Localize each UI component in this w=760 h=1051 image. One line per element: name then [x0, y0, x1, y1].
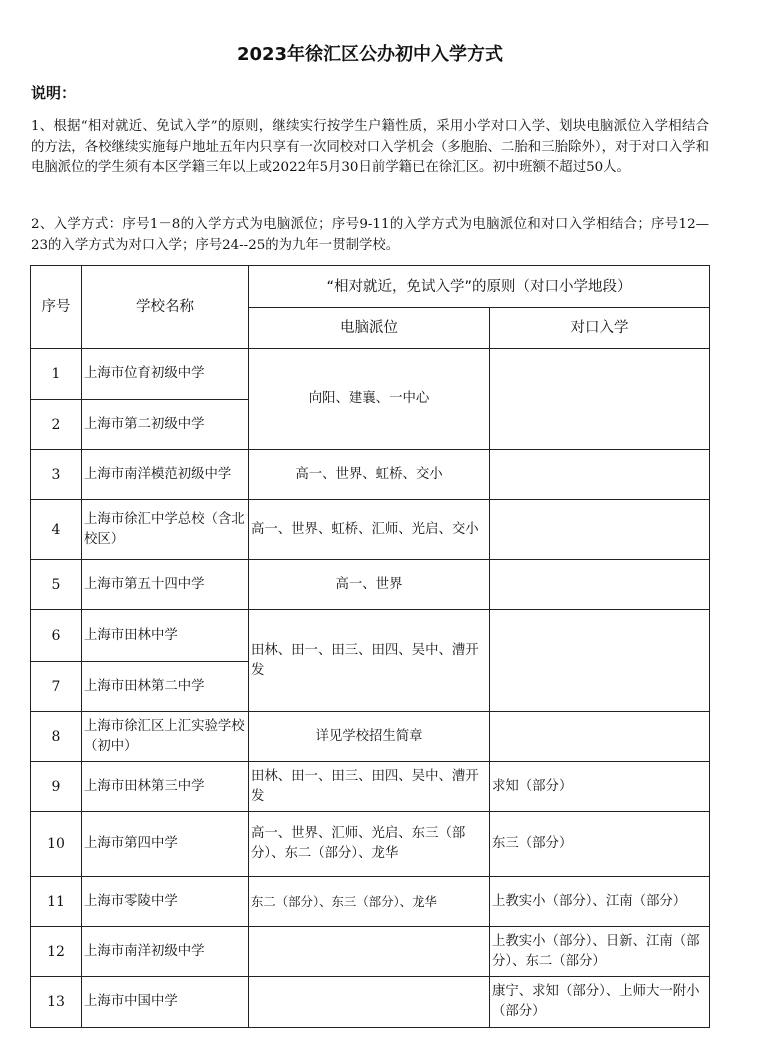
row-number: 2: [31, 400, 82, 450]
direct-enrollment-cell: [490, 610, 710, 712]
row-number: 12: [31, 927, 82, 977]
row-number: 10: [31, 812, 82, 877]
document-title: 2023年徐汇区公办初中入学方式: [0, 43, 740, 67]
computer-allocation-cell: 向阳、建襄、一中心: [249, 349, 490, 450]
school-name: 上海市南洋初级中学: [82, 927, 249, 977]
note-paragraph-2: 2、入学方式：序号1－8的入学方式为电脑派位；序号9-11的入学方式为电脑派位和…: [31, 215, 709, 256]
computer-allocation-cell: 高一、世界、虹桥、交小: [249, 450, 490, 500]
row-number: 6: [31, 610, 82, 662]
school-name: 上海市第二初级中学: [82, 400, 249, 450]
direct-enrollment-cell: 上教实小（部分）、江南（部分）: [490, 877, 710, 927]
school-name: 上海市零陵中学: [82, 877, 249, 927]
direct-enrollment-cell: [490, 500, 710, 560]
table-row: 8 上海市徐汇区上汇实验学校（初中） 详见学校招生简章: [31, 712, 710, 762]
table-row: 3 上海市南洋模范初级中学 高一、世界、虹桥、交小: [31, 450, 710, 500]
computer-allocation-cell: 田林、田一、田三、田四、吴中、漕开发: [249, 610, 490, 712]
header-principle: “相对就近，免试入学”的原则（对口小学地段）: [249, 266, 710, 308]
computer-allocation-cell: 高一、世界、虹桥、汇师、光启、交小: [249, 500, 490, 560]
direct-enrollment-cell: [490, 450, 710, 500]
table-row: 5 上海市第五十四中学 高一、世界: [31, 560, 710, 610]
school-name: 上海市徐汇中学总校（含北校区）: [82, 500, 249, 560]
header-computer-allocation: 电脑派位: [249, 308, 490, 349]
table-header-row: 序号 学校名称 “相对就近，免试入学”的原则（对口小学地段）: [31, 266, 710, 308]
computer-allocation-cell: [249, 977, 490, 1028]
school-name: 上海市田林第三中学: [82, 762, 249, 812]
note-paragraph-1: 1、根据“相对就近、免试入学”的原则，继续实行按学生户籍性质，采用小学对口入学、…: [31, 117, 709, 179]
row-number: 4: [31, 500, 82, 560]
table-row: 11 上海市零陵中学 东二（部分）、东三（部分）、龙华 上教实小（部分）、江南（…: [31, 877, 710, 927]
row-number: 11: [31, 877, 82, 927]
row-number: 9: [31, 762, 82, 812]
table-row: 13 上海市中国中学 康宁、求知（部分）、上师大一附小（部分）: [31, 977, 710, 1028]
table-row: 6 上海市田林中学 田林、田一、田三、田四、吴中、漕开发: [31, 610, 710, 662]
row-number: 13: [31, 977, 82, 1028]
computer-allocation-cell: 东二（部分）、东三（部分）、龙华: [249, 877, 490, 927]
direct-enrollment-cell: [490, 712, 710, 762]
computer-allocation-cell: 高一、世界、汇师、光启、东三（部分）、东二（部分）、龙华: [249, 812, 490, 877]
table-row: 10 上海市第四中学 高一、世界、汇师、光启、东三（部分）、东二（部分）、龙华 …: [31, 812, 710, 877]
table-row: 1 上海市位育初级中学 向阳、建襄、一中心: [31, 349, 710, 400]
direct-enrollment-cell: 上教实小（部分）、日新、江南（部分）、东二（部分）: [490, 927, 710, 977]
direct-enrollment-cell: [490, 560, 710, 610]
direct-enrollment-cell: 求知（部分）: [490, 762, 710, 812]
school-name: 上海市田林第二中学: [82, 662, 249, 712]
table-row: 9 上海市田林第三中学 田林、田一、田三、田四、吴中、漕开发 求知（部分）: [31, 762, 710, 812]
row-number: 8: [31, 712, 82, 762]
header-number: 序号: [31, 266, 82, 349]
row-number: 3: [31, 450, 82, 500]
row-number: 7: [31, 662, 82, 712]
row-number: 5: [31, 560, 82, 610]
computer-allocation-cell: 田林、田一、田三、田四、吴中、漕开发: [249, 762, 490, 812]
school-name: 上海市田林中学: [82, 610, 249, 662]
school-name: 上海市第五十四中学: [82, 560, 249, 610]
notes-heading: 说明：: [31, 83, 76, 103]
school-name: 上海市位育初级中学: [82, 349, 249, 400]
direct-enrollment-cell: [490, 349, 710, 450]
direct-enrollment-cell: 康宁、求知（部分）、上师大一附小（部分）: [490, 977, 710, 1028]
school-name: 上海市中国中学: [82, 977, 249, 1028]
school-admission-table: 序号 学校名称 “相对就近，免试入学”的原则（对口小学地段） 电脑派位 对口入学…: [30, 265, 710, 1028]
school-name: 上海市第四中学: [82, 812, 249, 877]
school-name: 上海市南洋模范初级中学: [82, 450, 249, 500]
row-number: 1: [31, 349, 82, 400]
computer-allocation-cell: [249, 927, 490, 977]
header-direct-enrollment: 对口入学: [490, 308, 710, 349]
computer-allocation-cell: 高一、世界: [249, 560, 490, 610]
computer-allocation-cell: 详见学校招生简章: [249, 712, 490, 762]
table-row: 4 上海市徐汇中学总校（含北校区） 高一、世界、虹桥、汇师、光启、交小: [31, 500, 710, 560]
table-row: 12 上海市南洋初级中学 上教实小（部分）、日新、江南（部分）、东二（部分）: [31, 927, 710, 977]
direct-enrollment-cell: 东三（部分）: [490, 812, 710, 877]
header-school-name: 学校名称: [82, 266, 249, 349]
school-name: 上海市徐汇区上汇实验学校（初中）: [82, 712, 249, 762]
